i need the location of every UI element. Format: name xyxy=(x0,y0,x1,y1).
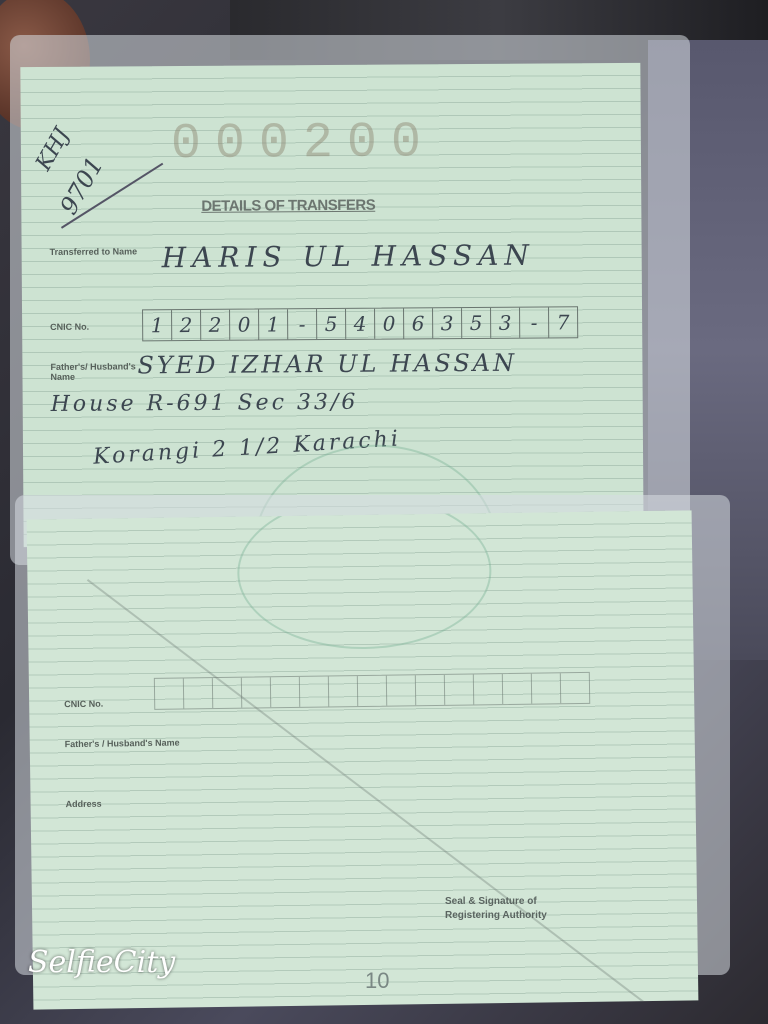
transferred-to-label: Transferred to Name xyxy=(50,246,150,257)
signature-label: Seal & Signature of Registering Authorit… xyxy=(445,895,547,923)
serial-number: 000200 xyxy=(171,114,435,173)
page-number: 10 xyxy=(365,968,389,994)
address-label-blank: Address xyxy=(66,799,102,810)
father-name-label-blank: Father's / Husband's Name xyxy=(65,737,225,749)
father-name-value: SYED IZHAR UL HASSAN xyxy=(137,349,517,380)
stamp-impression xyxy=(236,510,492,650)
cnic-boxes-blank xyxy=(154,672,590,710)
cnic-label-blank: CNIC No. xyxy=(64,699,103,710)
margin-note-1: KHJ xyxy=(31,124,75,175)
father-name-label: Father's/ Husband's Name xyxy=(50,361,140,382)
transferred-to-value: HARIS UL HASSAN xyxy=(162,239,535,275)
address-line-1: House R-691 Sec 33/6 xyxy=(51,390,359,417)
cnic-label: CNIC No. xyxy=(50,322,89,332)
cnic-boxes: 1 2 2 0 1 - 5 4 0 6 3 5 3 - 7 xyxy=(142,306,578,341)
registration-page-bottom: CNIC No. Father's / Husband's Name Addre… xyxy=(27,510,699,1009)
registration-page-top: 000200 KHJ 9701 DETAILS OF TRANSFERS Tra… xyxy=(20,63,643,547)
margin-note-2: 9701 xyxy=(54,152,109,219)
page-heading: DETAILS OF TRANSFERS xyxy=(201,197,375,215)
watermark-logo: SelfieCity xyxy=(28,945,175,980)
